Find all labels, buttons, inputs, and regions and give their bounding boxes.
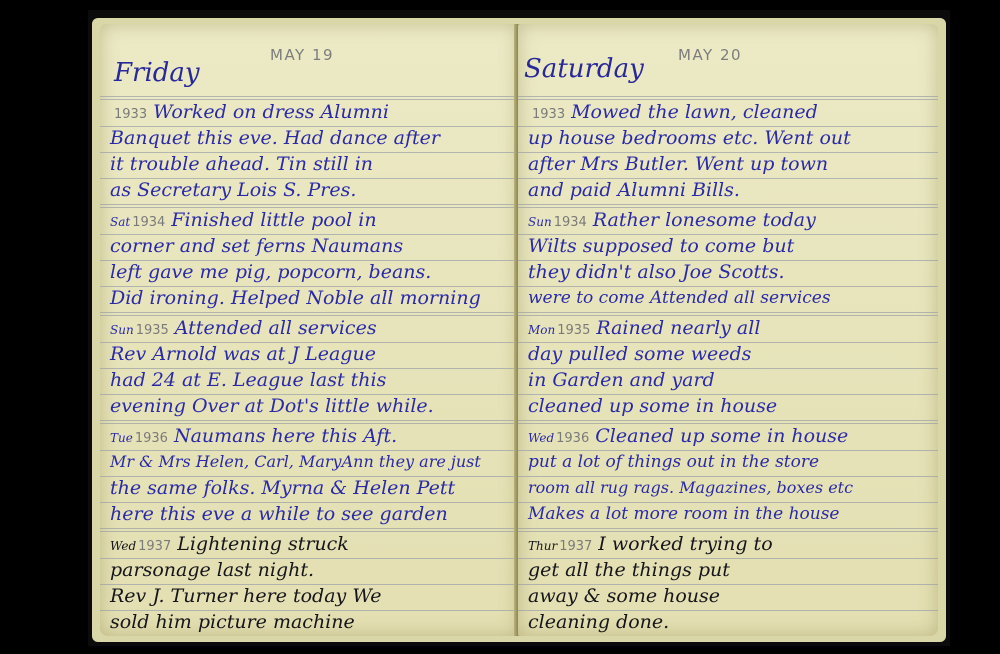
entry-text: Attended all services xyxy=(175,317,377,339)
ruled-line xyxy=(100,204,518,205)
entry-line: Banquet this eve. Had dance after xyxy=(110,127,510,149)
entry-line: 1933Mowed the lawn, cleaned xyxy=(532,101,930,126)
ruled-line xyxy=(518,312,938,313)
entry-line: put a lot of things out in the store xyxy=(528,451,930,473)
entry-text: Naumans here this Aft. xyxy=(174,425,397,447)
entry-line: Thur1937I worked trying to xyxy=(528,533,930,558)
entry-line: and paid Alumni Bills. xyxy=(528,179,930,201)
entry-line: after Mrs Butler. Went up town xyxy=(528,153,930,175)
ruled-line xyxy=(518,96,938,97)
year-label: 1936 xyxy=(135,431,168,446)
entry-text: Mowed the lawn, cleaned xyxy=(571,101,818,123)
right-page: MAY 20 Saturday 1933Mowed the lawn, clea… xyxy=(518,24,938,636)
weekday-tag: Thur xyxy=(528,539,557,553)
ruled-line xyxy=(100,420,518,421)
date-header: MAY 19 xyxy=(270,46,334,64)
entry-text: Lightening struck xyxy=(177,533,349,555)
entry-line: Wilts supposed to come but xyxy=(528,235,930,257)
ruled-line xyxy=(518,420,938,421)
date-header: MAY 20 xyxy=(678,46,742,64)
entry-line: Sat1934Finished little pool in xyxy=(110,209,510,234)
entry-line: Mon1935Rained nearly all xyxy=(528,317,930,342)
weekday-tag: Wed xyxy=(528,431,554,445)
entry-line: corner and set ferns Naumans xyxy=(110,235,510,257)
year-label: 1934 xyxy=(554,215,587,230)
entry-line: 1933Worked on dress Alumni xyxy=(114,101,510,126)
entry-line: Rev Arnold was at J League xyxy=(110,343,510,365)
ruled-line xyxy=(518,204,938,205)
entry-line: Wed1937Lightening struck xyxy=(110,533,510,558)
entry-line: Sun1934Rather lonesome today xyxy=(528,209,930,234)
entry-line: day pulled some weeds xyxy=(528,343,930,365)
entry-line: the same folks. Myrna & Helen Pett xyxy=(110,477,510,499)
entry-line: Wed1936Cleaned up some in house xyxy=(528,425,930,450)
weekday-tag: Wed xyxy=(110,539,136,553)
entry-line: up house bedrooms etc. Went out xyxy=(528,127,930,149)
entry-line: were to come Attended all services xyxy=(528,287,930,309)
entry-line: cleaned up some in house xyxy=(528,395,930,417)
entry-line: had 24 at E. League last this xyxy=(110,369,510,391)
day-label: Saturday xyxy=(524,54,644,84)
ruled-line xyxy=(100,312,518,313)
entry-line: get all the things put xyxy=(528,559,930,581)
entry-line: it trouble ahead. Tin still in xyxy=(110,153,510,175)
entry-line: away & some house xyxy=(528,585,930,607)
ruled-line xyxy=(518,528,938,529)
entry-line: sold him picture machine xyxy=(110,611,510,633)
year-label: 1934 xyxy=(132,215,165,230)
entry-line: Mr & Mrs Helen, Carl, MaryAnn they are j… xyxy=(110,451,510,473)
entry-line: Rev J. Turner here today We xyxy=(110,585,510,607)
left-page: MAY 19 Friday 1933Worked on dress Alumni… xyxy=(100,24,518,636)
entry-line: evening Over at Dot's little while. xyxy=(110,395,510,417)
entry-line: in Garden and yard xyxy=(528,369,930,391)
entry-text: I worked trying to xyxy=(598,533,772,555)
entry-text: Worked on dress Alumni xyxy=(153,101,389,123)
ruled-line xyxy=(100,96,518,97)
year-label: 1937 xyxy=(559,539,592,554)
day-label: Friday xyxy=(114,58,200,88)
entry-line: cleaning done. xyxy=(528,611,930,633)
entry-text: Rather lonesome today xyxy=(593,209,816,231)
entry-line: they didn't also Joe Scotts. xyxy=(528,261,930,283)
weekday-tag: Sun xyxy=(528,215,552,229)
entry-line: room all rug rags. Magazines, boxes etc xyxy=(528,477,930,499)
year-label: 1935 xyxy=(557,323,590,338)
entry-line: Tue1936Naumans here this Aft. xyxy=(110,425,510,450)
entry-line: left gave me pig, popcorn, beans. xyxy=(110,261,510,283)
entry-text: Finished little pool in xyxy=(171,209,376,231)
entry-line: parsonage last night. xyxy=(110,559,510,581)
entry-text: Rained nearly all xyxy=(596,317,760,339)
year-label: 1937 xyxy=(138,539,171,554)
entry-line: here this eve a while to see garden xyxy=(110,503,510,525)
year-label: 1933 xyxy=(532,107,565,122)
entry-line: as Secretary Lois S. Pres. xyxy=(110,179,510,201)
weekday-tag: Sun xyxy=(110,323,134,337)
diary-book: MAY 19 Friday 1933Worked on dress Alumni… xyxy=(88,10,950,646)
year-label: 1936 xyxy=(556,431,589,446)
entry-line: Sun1935Attended all services xyxy=(110,317,510,342)
entry-text: Cleaned up some in house xyxy=(595,425,848,447)
ruled-line xyxy=(100,528,518,529)
weekday-tag: Tue xyxy=(110,431,133,445)
entry-line: Makes a lot more room in the house xyxy=(528,503,930,525)
weekday-tag: Mon xyxy=(528,323,555,337)
weekday-tag: Sat xyxy=(110,215,130,229)
entry-line: Did ironing. Helped Noble all morning xyxy=(110,287,510,309)
year-label: 1935 xyxy=(136,323,169,338)
year-label: 1933 xyxy=(114,107,147,122)
